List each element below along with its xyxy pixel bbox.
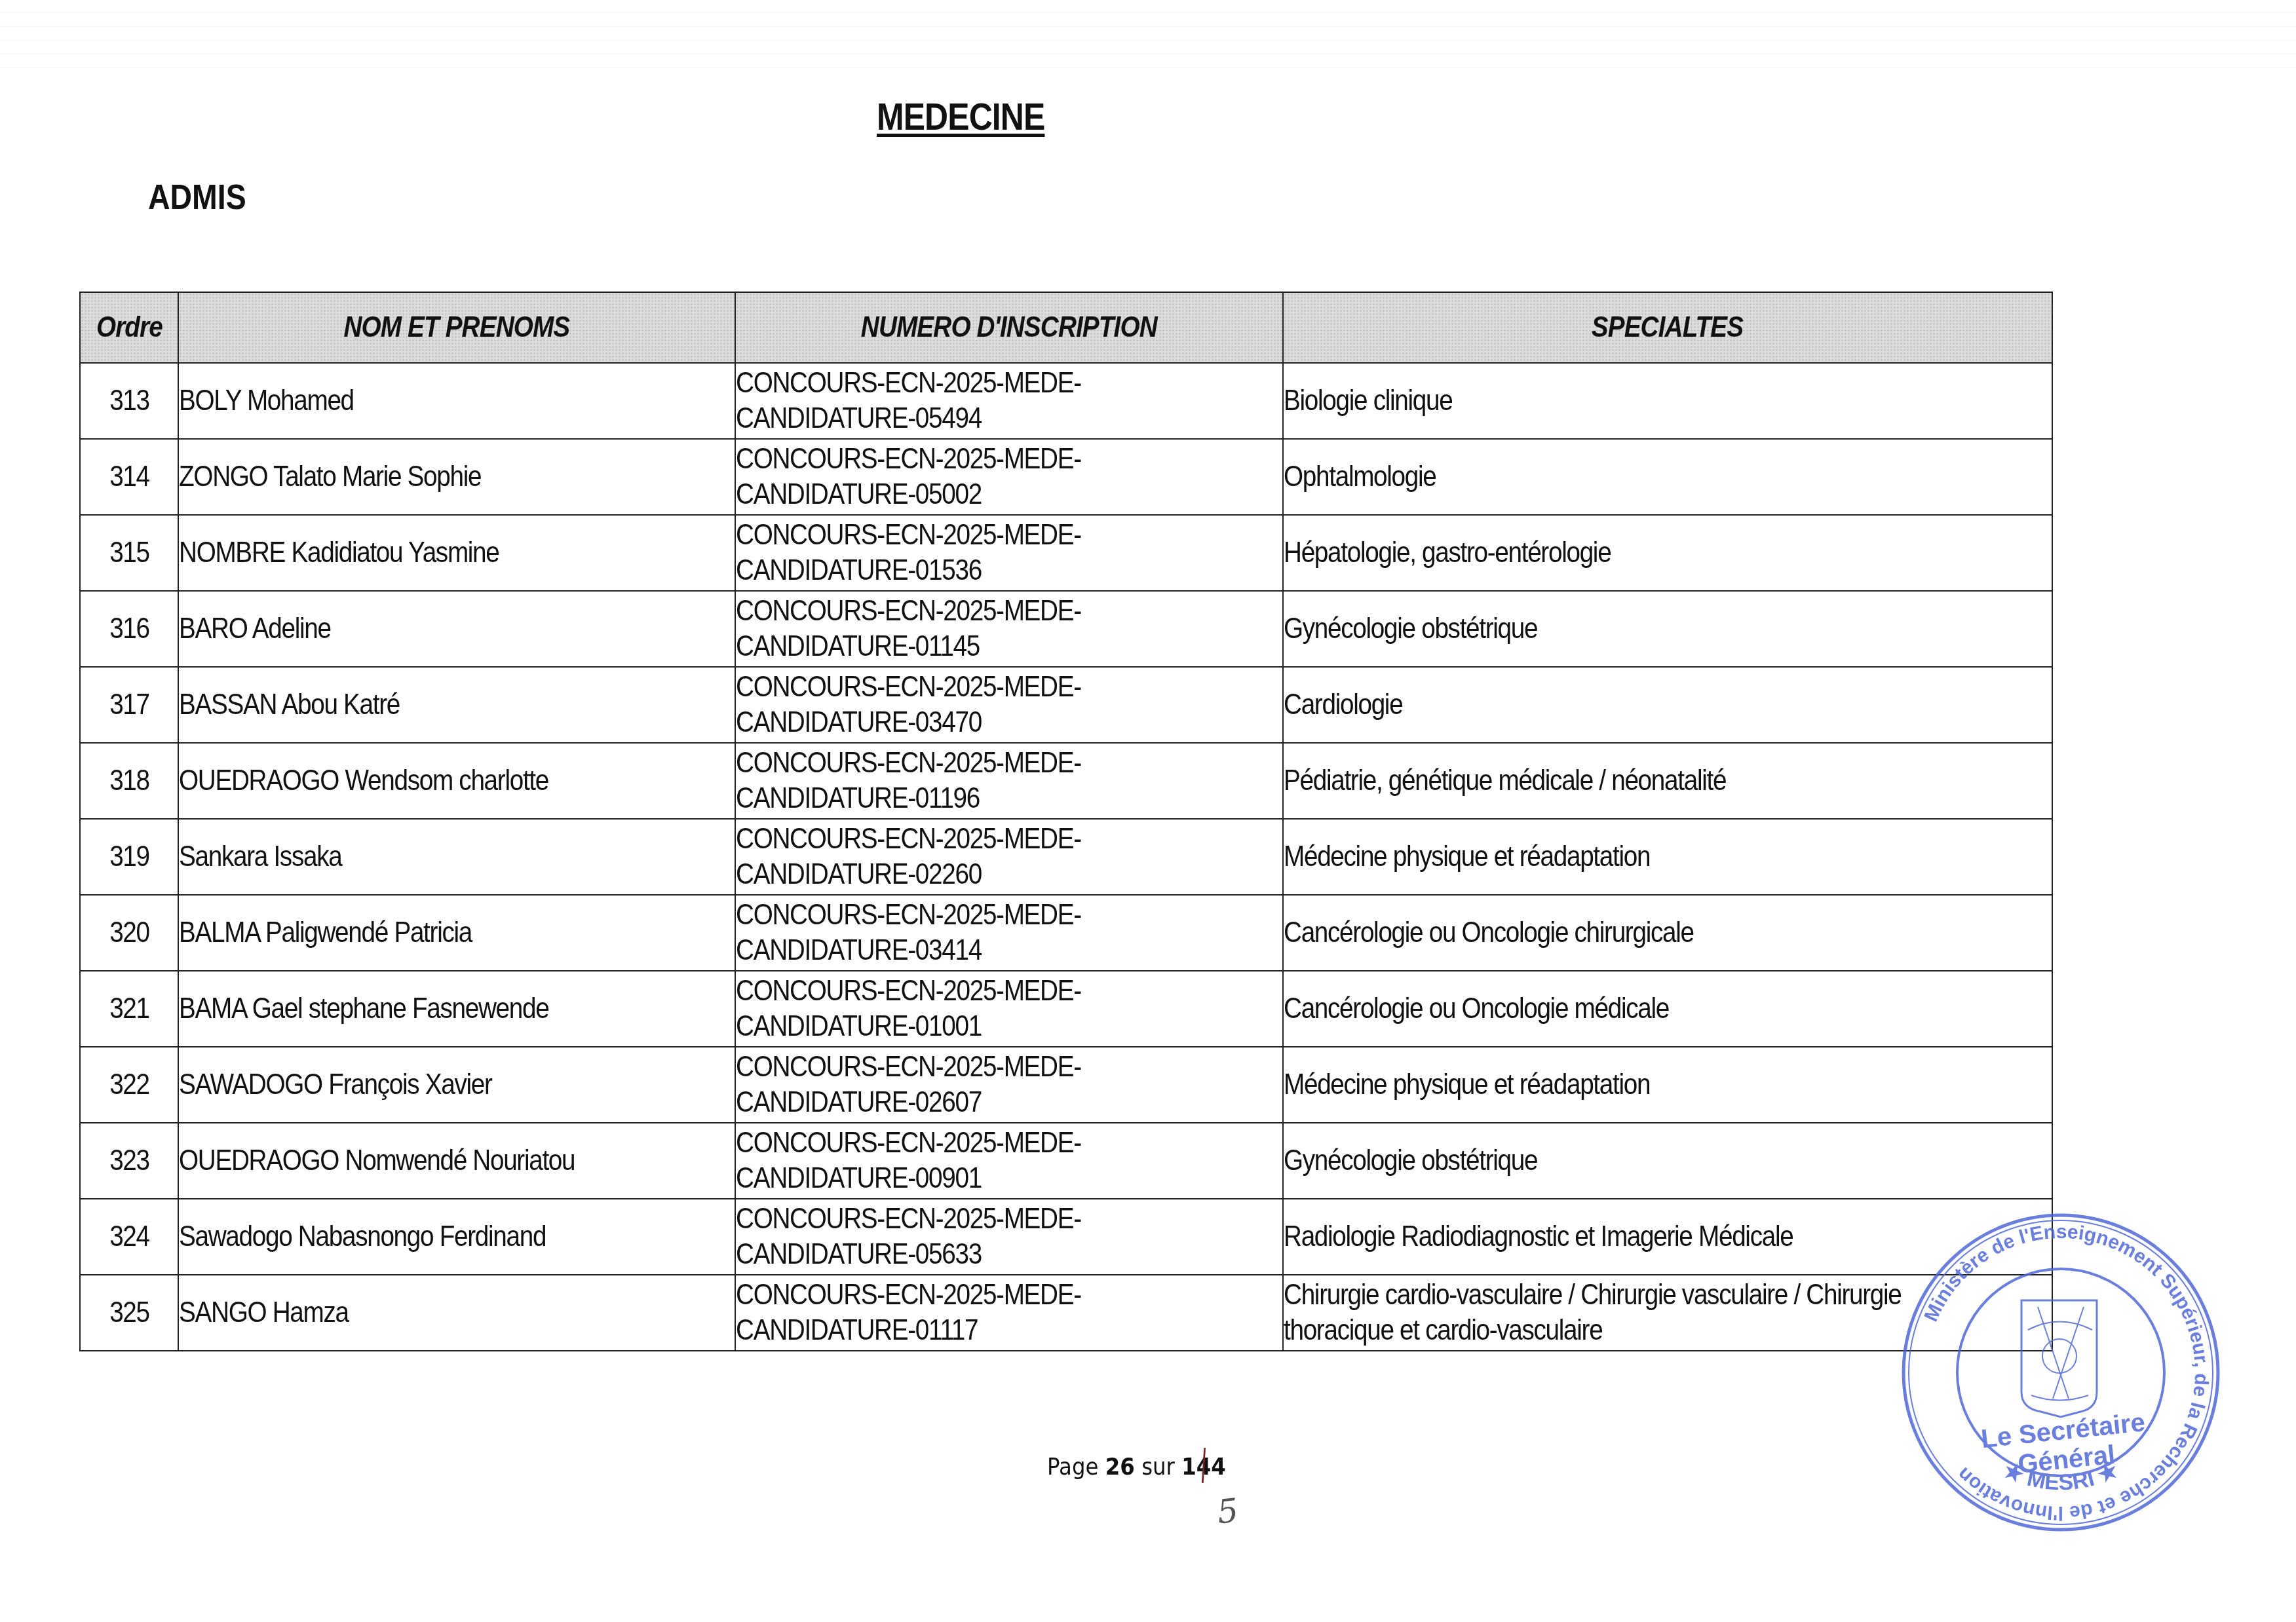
cell-nom-prenoms: OUEDRAOGO Nomwendé Nouriatou [178, 1123, 735, 1199]
cell-specialite: Gynécologie obstétrique [1283, 591, 2052, 667]
table-row: 323OUEDRAOGO Nomwendé NouriatouCONCOURS-… [80, 1123, 2052, 1199]
cell-ordre: 318 [80, 743, 178, 819]
total-pages: 144 [1181, 1454, 1226, 1481]
cell-numero-inscription: CONCOURS-ECN-2025-MEDE-CANDIDATURE-03470 [735, 667, 1283, 743]
cell-specialite: Biologie clinique [1283, 363, 2052, 439]
cell-nom-prenoms: ZONGO Talato Marie Sophie [178, 439, 735, 515]
cell-specialite: Médecine physique et réadaptation [1283, 819, 2052, 895]
table-row: 320BALMA Paligwendé PatriciaCONCOURS-ECN… [80, 895, 2052, 971]
cell-ordre: 319 [80, 819, 178, 895]
page-number: 26 [1105, 1454, 1135, 1481]
cell-specialite: Radiologie Radiodiagnostic et Imagerie M… [1283, 1199, 2052, 1275]
table-row: 314ZONGO Talato Marie SophieCONCOURS-ECN… [80, 439, 2052, 515]
cell-ordre: 324 [80, 1199, 178, 1275]
table-row: 316BARO AdelineCONCOURS-ECN-2025-MEDE-CA… [80, 591, 2052, 667]
cell-nom-prenoms: BOLY Mohamed [178, 363, 735, 439]
cell-nom-prenoms: Sankara Issaka [178, 819, 735, 895]
cell-ordre: 320 [80, 895, 178, 971]
section-title: MEDECINE [877, 97, 1044, 138]
cell-ordre: 325 [80, 1275, 178, 1351]
svg-text:Le Secrétaire: Le Secrétaire [1980, 1408, 2147, 1454]
cell-ordre: 323 [80, 1123, 178, 1199]
cell-specialite: Hépatologie, gastro-entérologie [1283, 515, 2052, 591]
table-row: 321BAMA Gael stephane FasnewendeCONCOURS… [80, 971, 2052, 1047]
cell-numero-inscription: CONCOURS-ECN-2025-MEDE-CANDIDATURE-01117 [735, 1275, 1283, 1351]
cell-ordre: 315 [80, 515, 178, 591]
cell-numero-inscription: CONCOURS-ECN-2025-MEDE-CANDIDATURE-02260 [735, 819, 1283, 895]
header-nom-prenoms: NOM ET PRENOMS [178, 292, 735, 363]
cell-specialite: Ophtalmologie [1283, 439, 2052, 515]
cell-nom-prenoms: BASSAN Abou Katré [178, 667, 735, 743]
table-row: 315NOMBRE Kadidiatou YasmineCONCOURS-ECN… [80, 515, 2052, 591]
cell-specialite: Médecine physique et réadaptation [1283, 1047, 2052, 1123]
table-row: 322SAWADOGO François XavierCONCOURS-ECN-… [80, 1047, 2052, 1123]
cell-specialite: Cardiologie [1283, 667, 2052, 743]
cell-nom-prenoms: NOMBRE Kadidiatou Yasmine [178, 515, 735, 591]
cell-ordre: 316 [80, 591, 178, 667]
cell-numero-inscription: CONCOURS-ECN-2025-MEDE-CANDIDATURE-01536 [735, 515, 1283, 591]
cell-nom-prenoms: OUEDRAOGO Wendsom charlotte [178, 743, 735, 819]
svg-text:Général: Général [2016, 1440, 2116, 1479]
cell-numero-inscription: CONCOURS-ECN-2025-MEDE-CANDIDATURE-05494 [735, 363, 1283, 439]
table-body: 313BOLY MohamedCONCOURS-ECN-2025-MEDE-CA… [80, 363, 2052, 1351]
table-row: 318OUEDRAOGO Wendsom charlotteCONCOURS-E… [80, 743, 2052, 819]
table-row: 317BASSAN Abou KatréCONCOURS-ECN-2025-ME… [80, 667, 2052, 743]
cell-nom-prenoms: Sawadogo Nabasnongo Ferdinand [178, 1199, 735, 1275]
page-prefix: Page [1047, 1454, 1098, 1481]
cell-numero-inscription: CONCOURS-ECN-2025-MEDE-CANDIDATURE-00901 [735, 1123, 1283, 1199]
cell-specialite: Chirurgie cardio-vasculaire / Chirurgie … [1283, 1275, 2052, 1351]
page-footer: Page 26 sur 144 [1047, 1453, 1226, 1482]
header-numero-inscription: NUMERO D'INSCRIPTION [735, 292, 1283, 363]
cell-ordre: 314 [80, 439, 178, 515]
struck-digit: 4 [1196, 1453, 1212, 1482]
table-row: 324Sawadogo Nabasnongo FerdinandCONCOURS… [80, 1199, 2052, 1275]
cell-numero-inscription: CONCOURS-ECN-2025-MEDE-CANDIDATURE-05633 [735, 1199, 1283, 1275]
table-row: 319Sankara IssakaCONCOURS-ECN-2025-MEDE-… [80, 819, 2052, 895]
cell-nom-prenoms: SANGO Hamza [178, 1275, 735, 1351]
admitted-candidates-table: Ordre NOM ET PRENOMS NUMERO D'INSCRIPTIO… [79, 292, 2053, 1351]
cell-ordre: 321 [80, 971, 178, 1047]
subsection-title: ADMIS [148, 178, 246, 216]
cell-numero-inscription: CONCOURS-ECN-2025-MEDE-CANDIDATURE-05002 [735, 439, 1283, 515]
cell-nom-prenoms: BAMA Gael stephane Fasnewende [178, 971, 735, 1047]
scan-artifact [0, 0, 2296, 72]
header-specialites: SPECIALTES [1283, 292, 2052, 363]
handwritten-correction: 5 [1215, 1491, 1240, 1531]
cell-specialite: Pédiatrie, génétique médicale / néonatal… [1283, 743, 2052, 819]
cell-numero-inscription: CONCOURS-ECN-2025-MEDE-CANDIDATURE-01145 [735, 591, 1283, 667]
cell-ordre: 322 [80, 1047, 178, 1123]
header-ordre: Ordre [80, 292, 178, 363]
cell-numero-inscription: CONCOURS-ECN-2025-MEDE-CANDIDATURE-01001 [735, 971, 1283, 1047]
cell-specialite: Gynécologie obstétrique [1283, 1123, 2052, 1199]
cell-ordre: 317 [80, 667, 178, 743]
cell-nom-prenoms: BALMA Paligwendé Patricia [178, 895, 735, 971]
svg-text:★ MESRI ★: ★ MESRI ★ [1999, 1458, 2122, 1496]
cell-nom-prenoms: SAWADOGO François Xavier [178, 1047, 735, 1123]
cell-specialite: Cancérologie ou Oncologie chirurgicale [1283, 895, 2052, 971]
cell-numero-inscription: CONCOURS-ECN-2025-MEDE-CANDIDATURE-02607 [735, 1047, 1283, 1123]
cell-nom-prenoms: BARO Adeline [178, 591, 735, 667]
cell-specialite: Cancérologie ou Oncologie médicale [1283, 971, 2052, 1047]
table-header-row: Ordre NOM ET PRENOMS NUMERO D'INSCRIPTIO… [80, 292, 2052, 363]
cell-numero-inscription: CONCOURS-ECN-2025-MEDE-CANDIDATURE-03414 [735, 895, 1283, 971]
table-row: 313BOLY MohamedCONCOURS-ECN-2025-MEDE-CA… [80, 363, 2052, 439]
cell-numero-inscription: CONCOURS-ECN-2025-MEDE-CANDIDATURE-01196 [735, 743, 1283, 819]
table-row: 325SANGO HamzaCONCOURS-ECN-2025-MEDE-CAN… [80, 1275, 2052, 1351]
page-separator: sur [1141, 1454, 1175, 1481]
cell-ordre: 313 [80, 363, 178, 439]
